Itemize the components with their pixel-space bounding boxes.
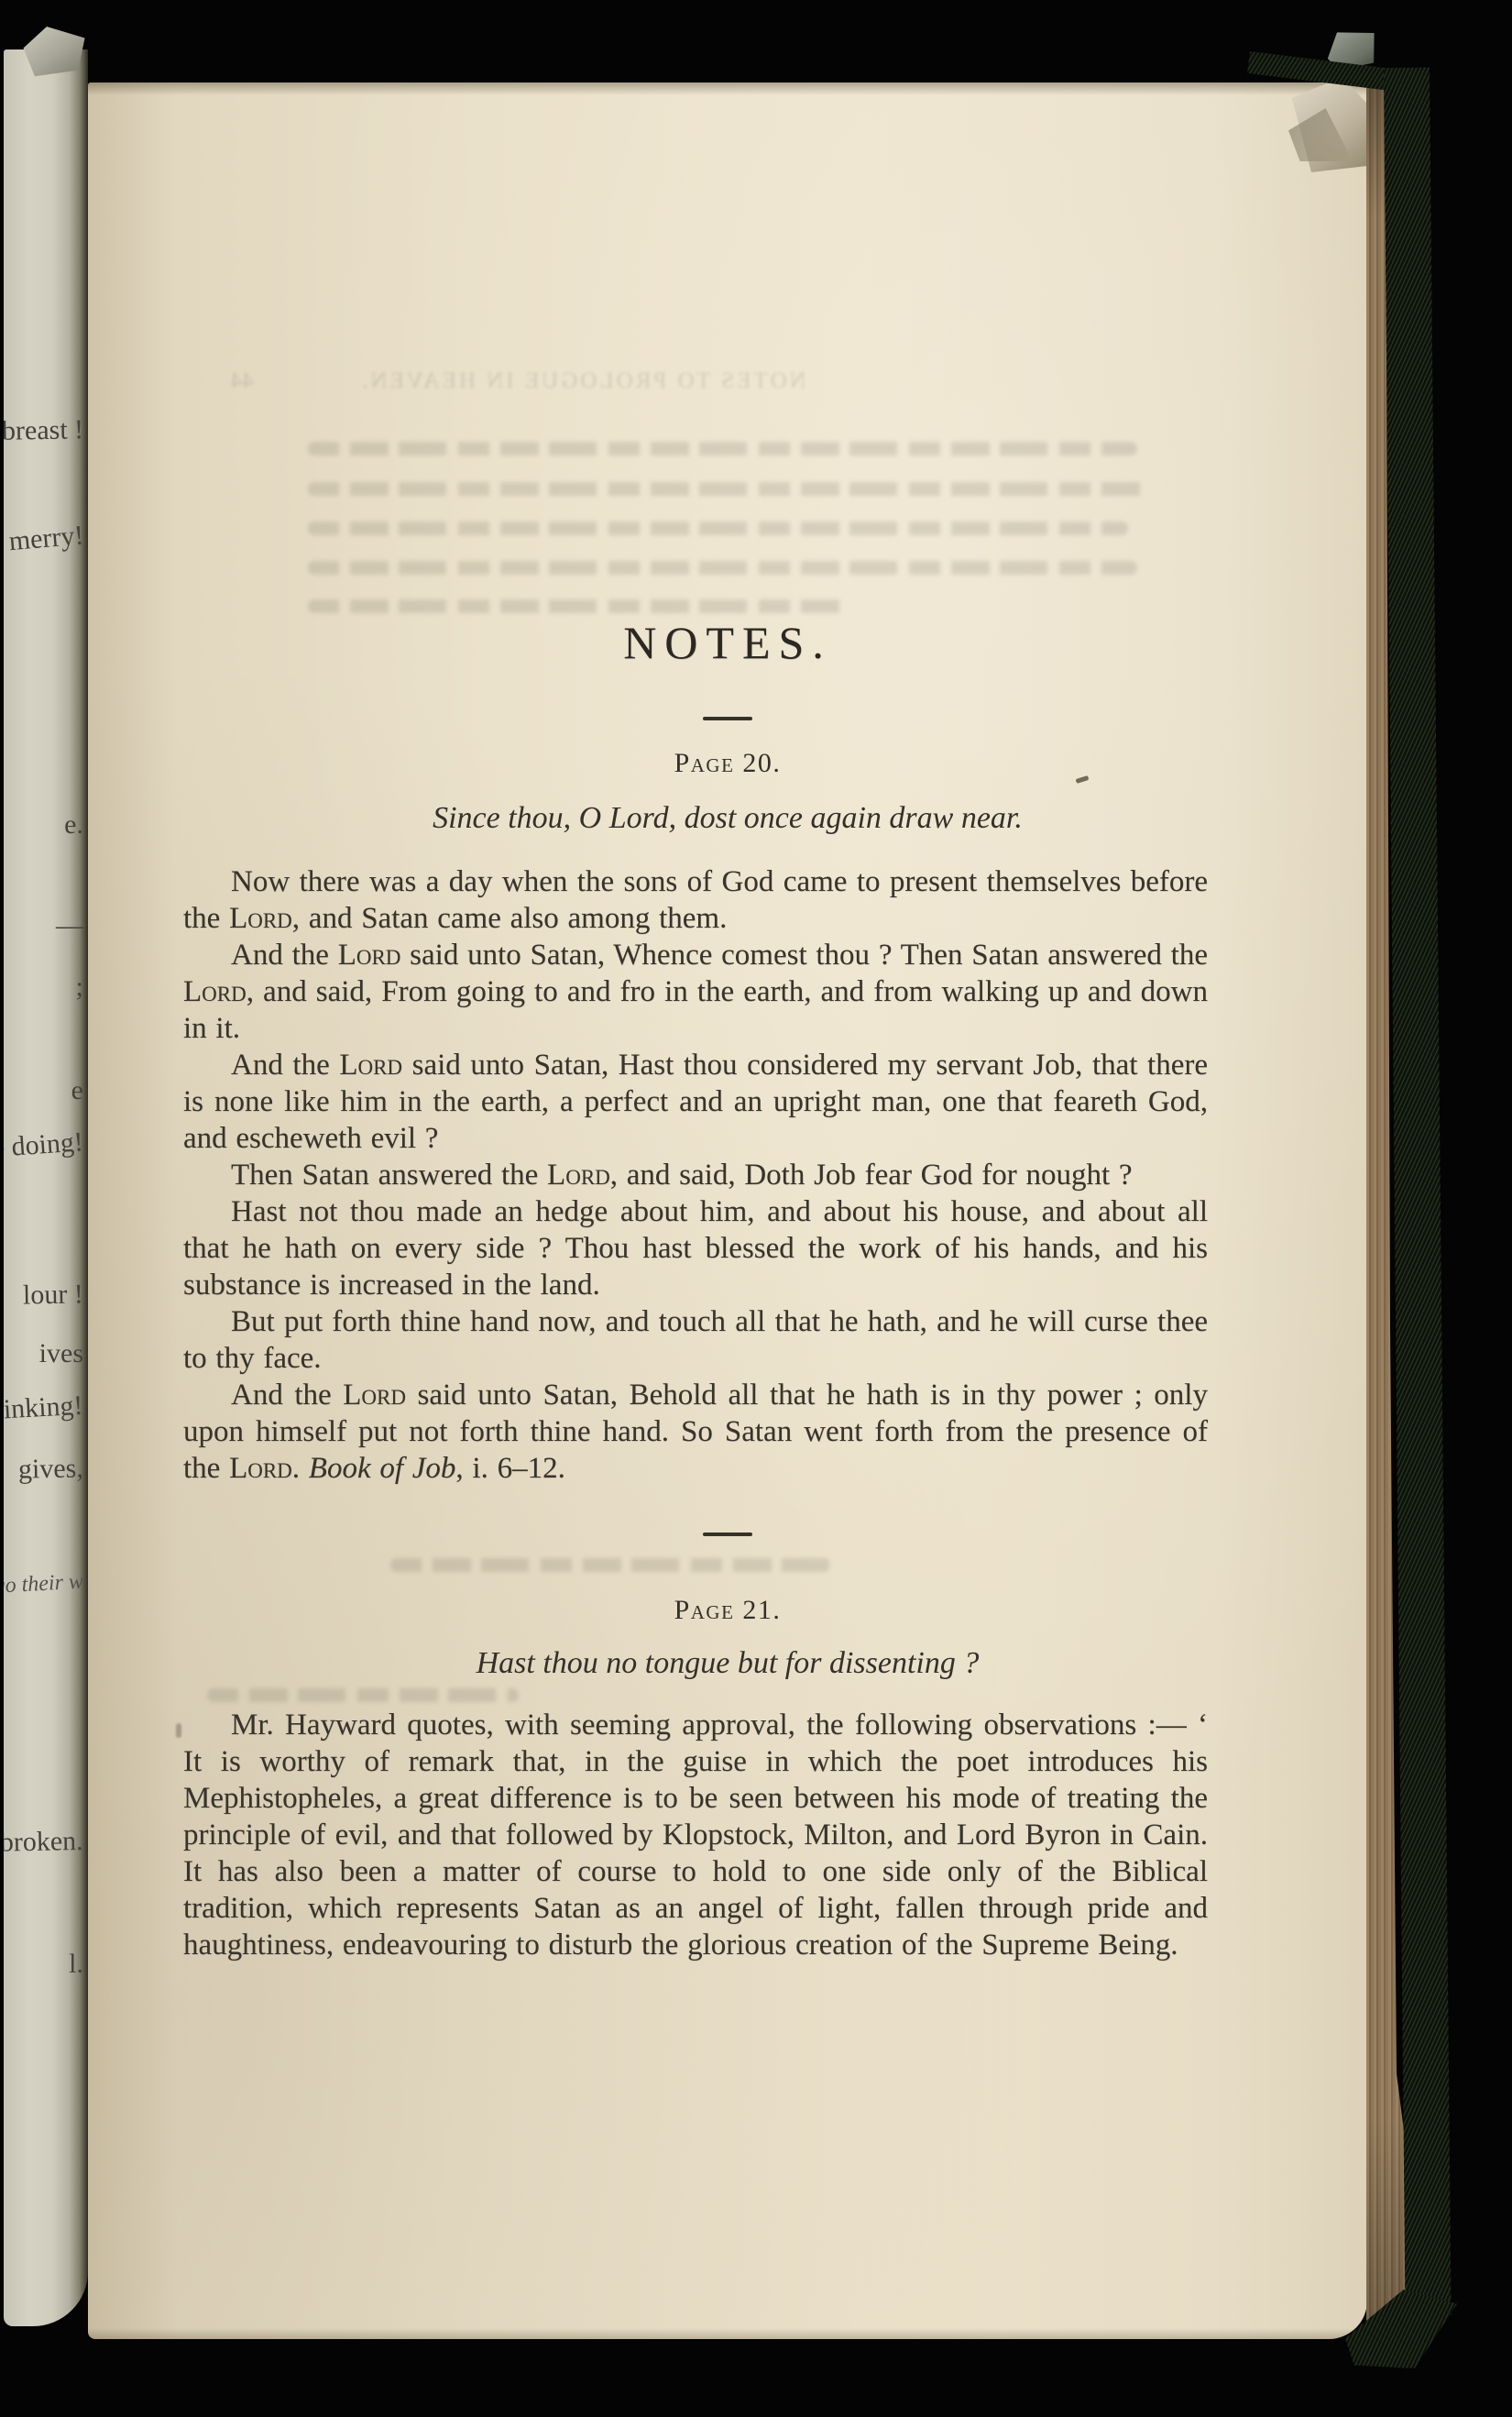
facing-page-text-fragment: ives xyxy=(39,1340,83,1368)
facing-page-text-fragment: gives, xyxy=(18,1455,83,1483)
page-title: NOTES. xyxy=(88,616,1367,669)
body-paragraph: And the Lord said unto Satan, Hast thou … xyxy=(183,1047,1208,1157)
bleed-through-running-head: NOTES TO PROLOGUE IN HEAVEN. 44 xyxy=(225,368,940,394)
scanned-book-photo: breast !, be merry!e.— ;e, must be doing… xyxy=(0,0,1512,2417)
bleed-through-text-line xyxy=(308,599,844,613)
quoted-line-page-20: Since thou, O Lord, dost once again draw… xyxy=(88,801,1367,836)
facing-page-text-fragment: lour ! xyxy=(23,1280,83,1309)
bleed-through-text-line xyxy=(308,522,1128,535)
facing-page-text-fragment: e broken. xyxy=(4,1828,83,1857)
facing-page-text-fragment: l. xyxy=(69,1950,83,1978)
section-body-page-20: Now there was a day when the sons of God… xyxy=(183,863,1208,1487)
facing-page-text-fragment: e xyxy=(71,1077,83,1104)
facing-page-text-fragment: ; xyxy=(76,973,83,1001)
facing-page-edge: breast !, be merry!e.— ;e, must be doing… xyxy=(4,49,88,2326)
body-paragraph: And the Lord said unto Satan, Whence com… xyxy=(183,937,1208,1047)
section-heading-page-21: Page 21. xyxy=(88,1595,1367,1626)
body-paragraph: Mr. Hayward quotes, with seeming approva… xyxy=(183,1707,1208,1963)
book-page: NOTES TO PROLOGUE IN HEAVEN. 44 NOTES. P… xyxy=(88,82,1367,2339)
facing-page-text-fragment: breast ! xyxy=(4,416,83,445)
bleed-through-text-line xyxy=(308,442,1137,456)
section-body-page-21: Mr. Hayward quotes, with seeming approva… xyxy=(183,1707,1208,1963)
ink-smudge xyxy=(176,1723,181,1738)
body-paragraph: And the Lord said unto Satan, Behold all… xyxy=(183,1377,1208,1487)
bleed-through-text-line xyxy=(390,1558,830,1572)
body-paragraph: Hast not thou made an hedge about him, a… xyxy=(183,1193,1208,1303)
section-divider-rule xyxy=(703,717,752,720)
bleed-through-head-text: NOTES TO PROLOGUE IN HEAVEN. xyxy=(359,368,805,393)
quoted-line-page-21: Hast thou no tongue but for dissenting ? xyxy=(88,1646,1367,1681)
bleed-through-page-number: 44 xyxy=(231,368,254,394)
section-divider-rule xyxy=(703,1533,752,1536)
body-paragraph: Then Satan answered the Lord, and said, … xyxy=(183,1157,1208,1193)
section-heading-page-20: Page 20. xyxy=(88,748,1367,779)
facing-page-text-fragment: — xyxy=(56,912,83,939)
bleed-through-text-line xyxy=(308,482,1146,496)
facing-page-text-fragment: is linking! xyxy=(4,1392,84,1425)
bleed-through-text-line xyxy=(207,1688,519,1702)
body-paragraph: Now there was a day when the sons of God… xyxy=(183,863,1208,937)
bleed-through-text-line xyxy=(308,561,1137,575)
body-paragraph: But put forth thine hand now, and touch … xyxy=(183,1303,1208,1377)
facing-page-text-fragment: angels go their w xyxy=(4,1571,84,1601)
facing-page-text-fragment: e. xyxy=(64,811,83,839)
facing-page-text-fragment: , be merry! xyxy=(4,522,84,559)
facing-page-text-fragment: , must be doing! xyxy=(4,1128,84,1169)
